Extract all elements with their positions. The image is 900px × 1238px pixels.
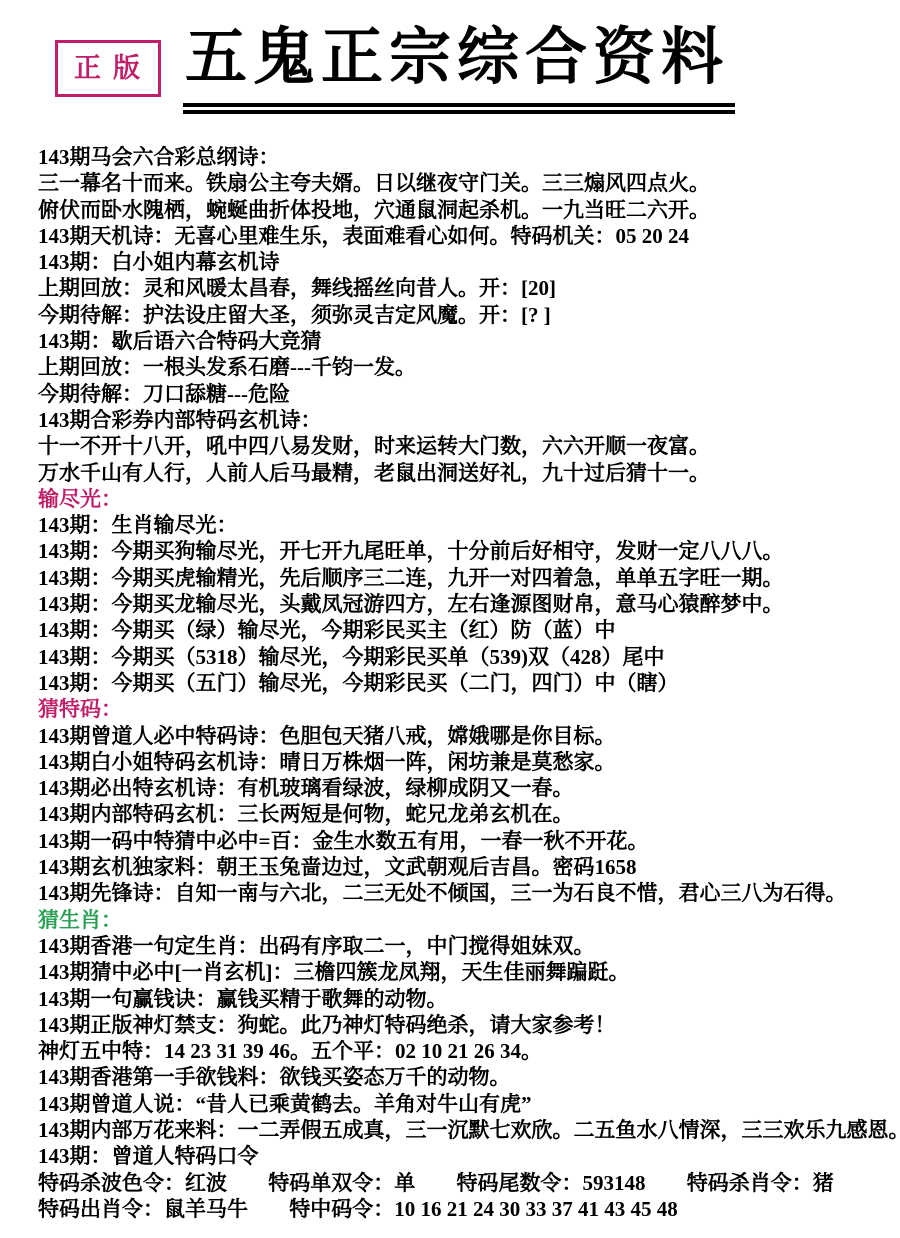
page-header: 正版 五鬼正宗综合资料 bbox=[0, 0, 900, 128]
text-line-baixiaojie-title: 143期：白小姐内幕玄机诗 bbox=[38, 249, 880, 275]
section-heading-shujin-guang: 输尽光： bbox=[38, 486, 880, 512]
text-line-xiehouyu-last: 上期回放：一根头发系石磨---千钧一发。 bbox=[38, 354, 880, 380]
text-line-internal-poem-title: 143期合彩券内部特码玄机诗： bbox=[38, 407, 880, 433]
section-heading-cai-shengxiao: 猜生肖： bbox=[38, 907, 880, 933]
text-line-zengdaoren-quote: 143期曾道人说：“昔人已乘黄鹤去。羊角对牛山有虎” bbox=[38, 1091, 880, 1117]
text-line-zengdaoren-poem: 143期曾道人必中特码诗：色胆包天猪八戒，嫦娥哪是你目标。 bbox=[38, 723, 880, 749]
text-line-baixiaojie-poem: 143期白小姐特码玄机诗：晴日万株烟一阵，闲坊兼是莫愁家。 bbox=[38, 749, 880, 775]
kill-zodiac-order: 特码杀肖令：猪 bbox=[687, 1171, 834, 1195]
lottery-info-sheet: 正版 五鬼正宗综合资料 143期马会六合彩总纲诗： 三一幕名十而来。铁扇公主夸夫… bbox=[0, 0, 900, 1238]
hit-code-order: 特中码令：10 16 21 24 30 33 37 41 43 45 48 bbox=[289, 1197, 678, 1221]
text-line-shendeng-numbers: 神灯五中特：14 23 31 39 46。五个平：02 10 21 26 34。 bbox=[38, 1038, 880, 1064]
text-line-tema-kouling-title: 143期：曾道人特码口令 bbox=[38, 1143, 880, 1169]
text-line-yixiao-xuanji: 143期猜中必中[一肖玄机]：三檐四簇龙凤翔，天生佳丽舞蹁跹。 bbox=[38, 959, 880, 985]
text-line-last-issue-replay: 上期回放：灵和风暖太昌春，舞线摇丝向昔人。开：[20] bbox=[38, 275, 880, 301]
text-line-xiehouyu-title: 143期：歇后语六合特码大竞猜 bbox=[38, 328, 880, 354]
text-line-internal-poem-1: 十一不开十八开，吼中四八易发财，时来运转大门数，六六开顺一夜富。 bbox=[38, 433, 880, 459]
footer-row-1: 特码杀波色令：红波 特码单双令：单 特码尾数令：593148 特码杀肖令：猪 bbox=[38, 1170, 880, 1196]
section-heading-cai-tema: 猜特码： bbox=[38, 696, 880, 722]
text-line-shengxiao-title: 143期：生肖输尽光： bbox=[38, 512, 880, 538]
text-line-xianfeng-poem: 143期先锋诗：自知一南与六北，二三无处不倾国，三一为石良不惜，君心三八为石得。 bbox=[38, 880, 880, 906]
odd-even-order: 特码单双令：单 bbox=[268, 1171, 415, 1195]
text-line-shendeng-jinzhi: 143期正版神灯禁支：狗蛇。此乃神灯特码绝杀，请大家参考！ bbox=[38, 1012, 880, 1038]
text-line-poem-1: 三一幕名十而来。铁扇公主夸夫婿。日以继夜守门关。三三煽风四点火。 bbox=[38, 170, 880, 196]
footer-row-2: 特码出肖令：鼠羊马牛 特中码令：10 16 21 24 30 33 37 41 … bbox=[38, 1196, 880, 1222]
text-line-shujin-gates: 143期：今期买（五门）输尽光，今期彩民买（二门，四门）中（瞎） bbox=[38, 670, 880, 696]
text-line-yingqian-jue: 143期一句赢钱诀：赢钱买精于歌舞的动物。 bbox=[38, 986, 880, 1012]
tail-number-order: 特码尾数令：593148 bbox=[457, 1171, 646, 1195]
text-line-poem-2: 俯伏而卧水隗栖，蜿蜒曲折体投地，穴通鼠洞起杀机。一九当旺二六开。 bbox=[38, 197, 880, 223]
text-line-bichute-poem: 143期必出特玄机诗：有机玻璃看绿波，绿柳成阴又一春。 bbox=[38, 775, 880, 801]
kill-wave-color-order: 特码杀波色令：红波 bbox=[38, 1171, 227, 1195]
text-line-shujin-dog: 143期：今期买狗输尽光，开七开九尾旺单，十分前后好相守，发财一定八八八。 bbox=[38, 538, 880, 564]
text-line-current-issue-pending: 今期待解：护法设庄留大圣，须弥灵吉定风魔。开：[? ] bbox=[38, 302, 880, 328]
text-line-neibu-xuanji: 143期内部特码玄机：三长两短是何物，蛇兄龙弟玄机在。 bbox=[38, 801, 880, 827]
text-line-master-poem-title: 143期马会六合彩总纲诗： bbox=[38, 144, 880, 170]
text-line-wanhua-liao: 143期内部万花来料：一二弄假五成真，三一沉默七欢欣。二五鱼水八情深，三三欢乐九… bbox=[38, 1117, 880, 1143]
page-title: 五鬼正宗综合资料 bbox=[183, 20, 735, 114]
text-line-shujin-color: 143期：今期买（绿）输尽光，今期彩民买主（红）防（蓝）中 bbox=[38, 617, 880, 643]
text-line-tianji-poem: 143期天机诗：无喜心里难生乐，表面难看心如何。特码机关：05 20 24 bbox=[38, 223, 880, 249]
text-line-xiehouyu-current: 今期待解：刀口舔糖---危险 bbox=[38, 381, 880, 407]
text-line-shujin-dragon: 143期：今期买龙输尽光，头戴凤冠游四方，左右逢源图财帛，意马心猿醉梦中。 bbox=[38, 591, 880, 617]
text-line-shujin-tiger: 143期：今期买虎输精光，先后顺序三二连，九开一对四着急，单单五字旺一期。 bbox=[38, 565, 880, 591]
authentic-edition-badge: 正版 bbox=[55, 40, 161, 97]
text-line-yima-zhongte: 143期一码中特猜中必中=百：金生水数五有用，一春一秋不开花。 bbox=[38, 828, 880, 854]
text-line-shujin-numbers: 143期：今期买（5318）输尽光，今期彩民买单（539)双（428）尾中 bbox=[38, 644, 880, 670]
text-line-dujialiao: 143期玄机独家料：朝王玉兔啬边过，文武朝观后吉昌。密码1658 bbox=[38, 854, 880, 880]
text-line-yuqian-liao: 143期香港第一手欲钱料：欲钱买姿态万千的动物。 bbox=[38, 1064, 880, 1090]
content-body: 143期马会六合彩总纲诗： 三一幕名十而来。铁扇公主夸夫婿。日以继夜守门关。三三… bbox=[0, 128, 900, 1222]
text-line-internal-poem-2: 万水千山有人行，人前人后马最精，老鼠出洞送好礼，九十过后猜十一。 bbox=[38, 460, 880, 486]
out-zodiac-order: 特码出肖令：鼠羊马牛 bbox=[38, 1197, 248, 1221]
text-line-hk-one-sentence: 143期香港一句定生肖：出码有序取二一，中门搅得姐妹双。 bbox=[38, 933, 880, 959]
